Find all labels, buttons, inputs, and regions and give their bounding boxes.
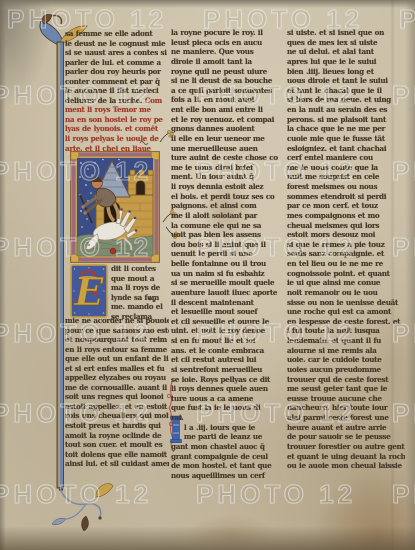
text-line: si ne li deust de sa bouche: [171, 76, 279, 86]
text-line: eusse trouue aucune che: [287, 394, 405, 404]
text-line: si que ie remes a pie touz: [287, 240, 405, 250]
text-line: en tel lieu ou ie ne me re: [287, 259, 405, 269]
text-line: conter comment et par q̄: [65, 77, 169, 87]
text-line: ainsi lui. et sil cuidast amer: [65, 459, 169, 469]
text-line: le deust ne le cognust mie: [65, 39, 169, 49]
text-line: forest meismes ou nous: [287, 182, 405, 192]
text-line: en la nuit au serain des es: [287, 105, 405, 115]
text-line: si uiste. et si isnel que on: [287, 28, 405, 38]
text-line: rai.: [171, 413, 279, 423]
text-line: me de cornouaille. auant il: [65, 383, 169, 393]
text-line: ques de mes iex si uiste: [287, 38, 405, 48]
text-line: i fui toute la nuit iusqua: [287, 326, 405, 336]
text-line: et cil restut autresi lui: [171, 355, 279, 365]
text-line: uoit pas bien les assens: [171, 230, 279, 240]
text-line: esloigniez. et tant chachai: [287, 144, 405, 154]
text-line: lendemain. et quant il fu: [287, 336, 405, 346]
text-line: que mout a: [111, 274, 169, 284]
text-line: si hors de ma ueue. et uing: [287, 95, 405, 105]
text-line: il elle en leur ueneor me: [171, 134, 279, 144]
text-line: a ce quil parloit souuentes: [171, 86, 279, 96]
stain: [312, 468, 415, 550]
column-a-beside-initial: dit li contesque mout ama li roys delynd…: [111, 264, 169, 321]
text-line: trouuer forestier ou autre gent: [287, 442, 405, 452]
text-line: ent elle bon ami entre li: [171, 105, 279, 115]
page-edge-left: [0, 0, 6, 550]
text-line: que elle out un enfant de li: [65, 354, 169, 364]
text-line: lyas de lyonois. et comēt: [65, 124, 169, 134]
text-line: gant mon chastel auoc q̄: [171, 442, 279, 452]
text-line: seuls sanz compaignie. et: [287, 249, 405, 259]
text-line: me il aloit soloiant par: [171, 211, 279, 221]
text-line: el bois. et perdi touz ses co: [171, 192, 279, 202]
text-line: noit remanoir ou ie uou: [287, 288, 405, 298]
text-line: mes compaignons et mo: [287, 211, 405, 221]
column-a-lower: mie ne acorder ne si pouoiepour ce que s…: [65, 316, 169, 469]
text-line: estoit preus et hardis qui: [65, 421, 169, 431]
text-line: parler de lui. et comme a: [65, 58, 169, 68]
text-line: fois a li. en mout auoi: [171, 95, 279, 105]
text-line: me ie uous conte que la: [287, 163, 405, 173]
text-line: en lespesse de ceste forest. et: [287, 317, 405, 327]
text-line: en li roys entour sa femme: [65, 345, 169, 355]
column-c: si uiste. et si isnel que onques de mes …: [287, 28, 405, 471]
text-line: bien .iiij. lieues long et: [287, 67, 405, 77]
text-line: que fust ia ie le uous di: [171, 403, 279, 413]
manuscript-photo: E sa femme se elle adontle deust ne le c…: [0, 0, 415, 550]
text-line: belle fontainne ou il trou: [171, 259, 279, 269]
text-line: me ie uous dirai brief: [171, 163, 279, 173]
text-line: gnons dannes auoient: [171, 124, 279, 134]
text-line: ua un naim si fu esbahiz: [171, 269, 279, 279]
text-line: grant compaignie de ceul: [171, 452, 279, 462]
text-line: sa femme se elle adont: [65, 29, 169, 39]
text-line: amoit la royne oclinde de: [65, 431, 169, 441]
text-line: et quant ie uing deuant la roche: [287, 452, 405, 462]
text-line: et tant le chacai que ie il: [287, 86, 405, 96]
text-line: parler dou roy heuris por: [65, 67, 169, 77]
text-line: il descent maintenant: [171, 298, 279, 308]
text-line: toit dolens que elle namoit: [65, 450, 169, 460]
text-line: et nonpourquant tout reim: [65, 335, 169, 345]
text-line: une roche qui est ca amont: [287, 307, 405, 317]
text-line: uenuit le perdi si une: [171, 249, 279, 259]
miniature-house-horse-scene: [70, 151, 160, 263]
text-line: et le roy uenuoz. et compai: [171, 115, 279, 125]
text-line: cerf entel maniere cou: [287, 153, 405, 163]
text-line: dit li contes: [111, 264, 169, 274]
text-line: diroie il amoit tant la: [171, 57, 279, 67]
text-line: cheual meismes qui lors: [287, 221, 405, 231]
decorated-initial-e: E: [70, 264, 108, 318]
text-line: ans. et le conte embraca: [171, 346, 279, 356]
border-bar: [57, 42, 64, 488]
text-line: la chace que ie ne me per: [287, 124, 405, 134]
text-line: sisse ou non ie uenisse deuāt: [287, 298, 405, 308]
text-line: dou bois si li auint que il: [171, 240, 279, 250]
window: [136, 181, 145, 195]
text-line: sommes etendroit si perdi: [287, 192, 405, 202]
text-line: ture uous a ca amene: [171, 394, 279, 404]
text-line: et si ert enfes malles et fu: [65, 364, 169, 374]
text-line: estoit mors desouz moi: [287, 230, 405, 240]
text-line: ie ui que ainsi me conue: [287, 278, 405, 288]
text-line: aiourne si me remis ala: [287, 346, 405, 356]
text-line: auenture lauoit iluec aporte: [171, 288, 279, 298]
text-line: si se uaust ares a contes si: [65, 48, 169, 58]
text-line: ment. Un iour auint q̄: [171, 172, 279, 182]
text-line: mie ne acorder ne si pouoie: [65, 316, 169, 326]
red-orb: [110, 248, 116, 254]
watermark-text: PHOTO 12: [196, 479, 356, 510]
text-line: li roys dennia estoit alez: [171, 182, 279, 192]
text-line: lynde sa fem: [111, 293, 169, 303]
text-line: heure auant et autre arrie: [287, 423, 405, 433]
text-line: ma li roys de: [111, 283, 169, 293]
text-line: la royne pocure le roy. il: [171, 28, 279, 38]
page-edge-top: [0, 0, 415, 8]
text-line: me parti de leanz ue: [171, 432, 279, 442]
text-line: nuit me souprist en cele: [287, 172, 405, 182]
text-line: et lesueille mout souef: [171, 307, 279, 317]
text-line: estoit appellez. et en estoit li: [65, 402, 169, 412]
text-line: ou ie auoie mon cheual laissie: [287, 461, 405, 471]
border-bar-gold-stripe: [58, 43, 60, 487]
text-line: uint. et uoit le roy denoe: [171, 326, 279, 336]
stain: [185, 515, 275, 550]
text-line: li roys pelyas le uoule de: [65, 134, 169, 144]
text-line: l a .iij. iours que ie: [171, 423, 279, 433]
text-line: nous aqueillimes un cerf: [171, 471, 279, 481]
text-line: leust pieca ocis en aucu: [171, 38, 279, 48]
text-line: alai parmi ceste forest une: [287, 413, 405, 423]
text-line: perons. si me plaisoit tant: [287, 115, 405, 125]
text-line: appellez elyzabes ou royau: [65, 373, 169, 383]
text-line: arte. et il chei en liaue: [65, 144, 169, 154]
svg-text:E: E: [74, 269, 105, 314]
text-line: ne maniere. Que vous: [171, 47, 279, 57]
text-line: se ioie. Roys pellyas ce dit: [171, 375, 279, 385]
text-line: uoie. car ie cuidoie toute: [287, 355, 405, 365]
text-line: uous diroie et tant le suiui: [287, 76, 405, 86]
text-line: royne quil ne peust uiure: [171, 67, 279, 77]
vine-ornament-bottom: [52, 484, 113, 531]
text-line: deliurer de la roche. Com: [65, 96, 169, 106]
text-line: et cil sesueille et ouure le: [171, 317, 279, 327]
text-line: ne ui delui. et alai tant: [287, 47, 405, 57]
text-line: me seust geter tant que ie: [287, 384, 405, 394]
text-line: cuoie mie que ie fusse tāt: [287, 134, 405, 144]
text-line: de mon hostel. et tant que: [171, 461, 279, 471]
text-line: trouuer qui de ceste forest: [287, 375, 405, 385]
text-line: de pour sauoir se ie peusse: [287, 432, 405, 442]
page-edge-right: [405, 0, 415, 550]
column-a-top: sa femme se elle adontle deust ne le cog…: [65, 29, 169, 153]
text-line: par ce mon cerf. et touz: [287, 201, 405, 211]
text-line: la comune ele qui ne sa: [171, 221, 279, 231]
text-line: li roys dennes quele auen: [171, 384, 279, 394]
text-line: ture auint de ceste chose co: [171, 153, 279, 163]
text-line: une merueilleuse auen: [171, 144, 279, 154]
text-line: paignons. et ainsi com: [171, 201, 279, 211]
text-line: cognoissoie point. et quant: [287, 269, 405, 279]
text-line: tout son cuer. et moult es: [65, 440, 169, 450]
text-line: ment li roys Temor me: [65, 105, 169, 115]
text-line: uaucheure. hier toute iour: [287, 403, 405, 413]
text-line: rois uns cheualiers qui molt: [65, 411, 169, 421]
text-line: na en son hostel le roy pe: [65, 115, 169, 125]
text-line: le aucunne il fist medeci: [65, 86, 169, 96]
text-line: soit uns regnes qui loonoi: [65, 392, 169, 402]
text-line: si sentrefont merueilleu: [171, 365, 279, 375]
text-line: pour ce que samors mo estoit: [65, 326, 169, 336]
text-line: si se merueille moult quele: [171, 278, 279, 288]
column-b: la royne pocure le roy. illeust pieca oc…: [171, 28, 279, 480]
text-line: uoies aucun preudomme: [287, 365, 405, 375]
text-line: apres lui que ie le suiui: [287, 57, 405, 67]
watermark-text: PHOTO 12: [392, 479, 415, 510]
text-line: me. mando el: [111, 302, 169, 312]
text-line: si en fu mout lie et ioi: [171, 336, 279, 346]
